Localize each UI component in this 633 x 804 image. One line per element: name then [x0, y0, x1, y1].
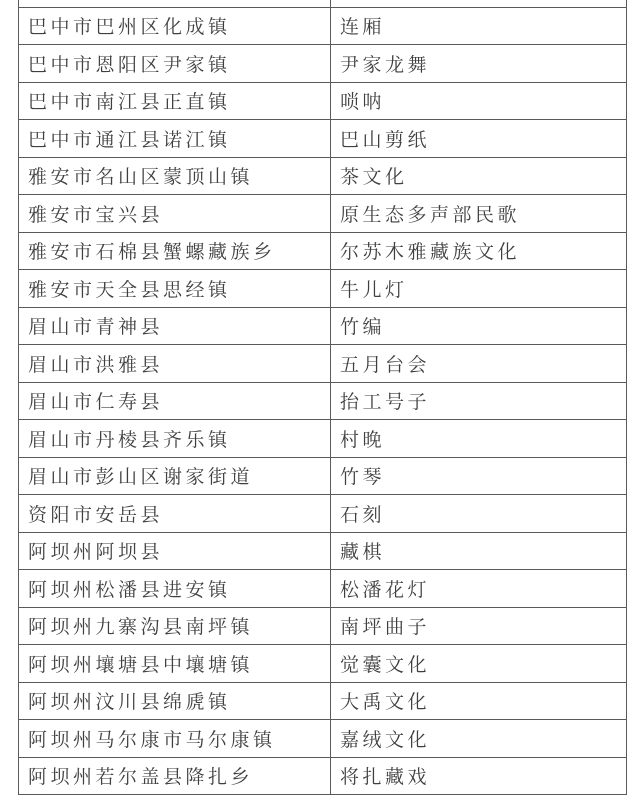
table-row: 阿坝州阿坝县 藏棋 [19, 532, 627, 570]
table-row: 巴中市恩阳区尹家镇 尹家龙舞 [19, 45, 627, 83]
location-cell: 眉山市青神县 [19, 307, 331, 345]
table-row: 阿坝州汶川县绵虒镇 大禹文化 [19, 682, 627, 720]
item-cell: 大禹文化 [331, 682, 627, 720]
location-cell: 巴中市恩阳区尹家镇 [19, 45, 331, 83]
table-row: 阿坝州若尔盖县降扎乡 将扎藏戏 [19, 757, 627, 795]
item-cell: 巴山剪纸 [331, 120, 627, 158]
location-cell: 雅安市石棉县蟹螺藏族乡 [19, 232, 331, 270]
table-row: 雅安市名山区蒙顶山镇 茶文化 [19, 157, 627, 195]
item-cell: 五月台会 [331, 345, 627, 383]
location-cell: 雅安市名山区蒙顶山镇 [19, 157, 331, 195]
location-cell: 阿坝州马尔康市马尔康镇 [19, 720, 331, 758]
item-cell: 嘉绒文化 [331, 720, 627, 758]
table-row: 眉山市丹棱县齐乐镇 村晚 [19, 420, 627, 458]
clipped-location-cell [19, 0, 331, 7]
item-cell: 连厢 [331, 7, 627, 45]
table-row: 巴中市南江县正直镇 唢呐 [19, 82, 627, 120]
item-cell: 觉囊文化 [331, 645, 627, 683]
item-cell: 竹编 [331, 307, 627, 345]
item-cell: 南坪曲子 [331, 607, 627, 645]
item-cell: 抬工号子 [331, 382, 627, 420]
table-row: 巴中市巴州区化成镇 连厢 [19, 7, 627, 45]
location-cell: 巴中市南江县正直镇 [19, 82, 331, 120]
location-cell: 阿坝州松潘县进安镇 [19, 570, 331, 608]
location-cell: 阿坝州汶川县绵虒镇 [19, 682, 331, 720]
table-row: 雅安市宝兴县 原生态多声部民歌 [19, 195, 627, 233]
clipped-item-cell [331, 0, 627, 7]
location-cell: 阿坝州九寨沟县南坪镇 [19, 607, 331, 645]
clipped-table-row [19, 0, 627, 7]
item-cell: 尔苏木雅藏族文化 [331, 232, 627, 270]
table-row: 阿坝州马尔康市马尔康镇 嘉绒文化 [19, 720, 627, 758]
item-cell: 唢呐 [331, 82, 627, 120]
location-cell: 眉山市丹棱县齐乐镇 [19, 420, 331, 458]
item-cell: 茶文化 [331, 157, 627, 195]
location-cell: 眉山市彭山区谢家街道 [19, 457, 331, 495]
item-cell: 村晚 [331, 420, 627, 458]
item-cell: 松潘花灯 [331, 570, 627, 608]
table-row: 眉山市彭山区谢家街道 竹琴 [19, 457, 627, 495]
item-cell: 藏棋 [331, 532, 627, 570]
table-row: 巴中市通江县诺江镇 巴山剪纸 [19, 120, 627, 158]
table-row: 眉山市青神县 竹编 [19, 307, 627, 345]
location-cell: 眉山市仁寿县 [19, 382, 331, 420]
item-cell: 原生态多声部民歌 [331, 195, 627, 233]
locations-culture-table: 巴中市巴州区化成镇 连厢 巴中市恩阳区尹家镇 尹家龙舞 巴中市南江县正直镇 唢呐… [18, 0, 627, 795]
item-cell: 将扎藏戏 [331, 757, 627, 795]
item-cell: 牛儿灯 [331, 270, 627, 308]
location-cell: 雅安市宝兴县 [19, 195, 331, 233]
table-row: 雅安市石棉县蟹螺藏族乡 尔苏木雅藏族文化 [19, 232, 627, 270]
location-cell: 巴中市通江县诺江镇 [19, 120, 331, 158]
table-row: 阿坝州松潘县进安镇 松潘花灯 [19, 570, 627, 608]
location-cell: 雅安市天全县思经镇 [19, 270, 331, 308]
table-row: 眉山市仁寿县 抬工号子 [19, 382, 627, 420]
item-cell: 竹琴 [331, 457, 627, 495]
table-row: 眉山市洪雅县 五月台会 [19, 345, 627, 383]
location-cell: 眉山市洪雅县 [19, 345, 331, 383]
location-cell: 阿坝州壤塘县中壤塘镇 [19, 645, 331, 683]
table-row: 资阳市安岳县 石刻 [19, 495, 627, 533]
location-cell: 资阳市安岳县 [19, 495, 331, 533]
location-cell: 巴中市巴州区化成镇 [19, 7, 331, 45]
table-row: 阿坝州壤塘县中壤塘镇 觉囊文化 [19, 645, 627, 683]
item-cell: 石刻 [331, 495, 627, 533]
location-cell: 阿坝州阿坝县 [19, 532, 331, 570]
table-row: 雅安市天全县思经镇 牛儿灯 [19, 270, 627, 308]
table-body: 巴中市巴州区化成镇 连厢 巴中市恩阳区尹家镇 尹家龙舞 巴中市南江县正直镇 唢呐… [19, 0, 627, 795]
item-cell: 尹家龙舞 [331, 45, 627, 83]
table-row: 阿坝州九寨沟县南坪镇 南坪曲子 [19, 607, 627, 645]
location-cell: 阿坝州若尔盖县降扎乡 [19, 757, 331, 795]
